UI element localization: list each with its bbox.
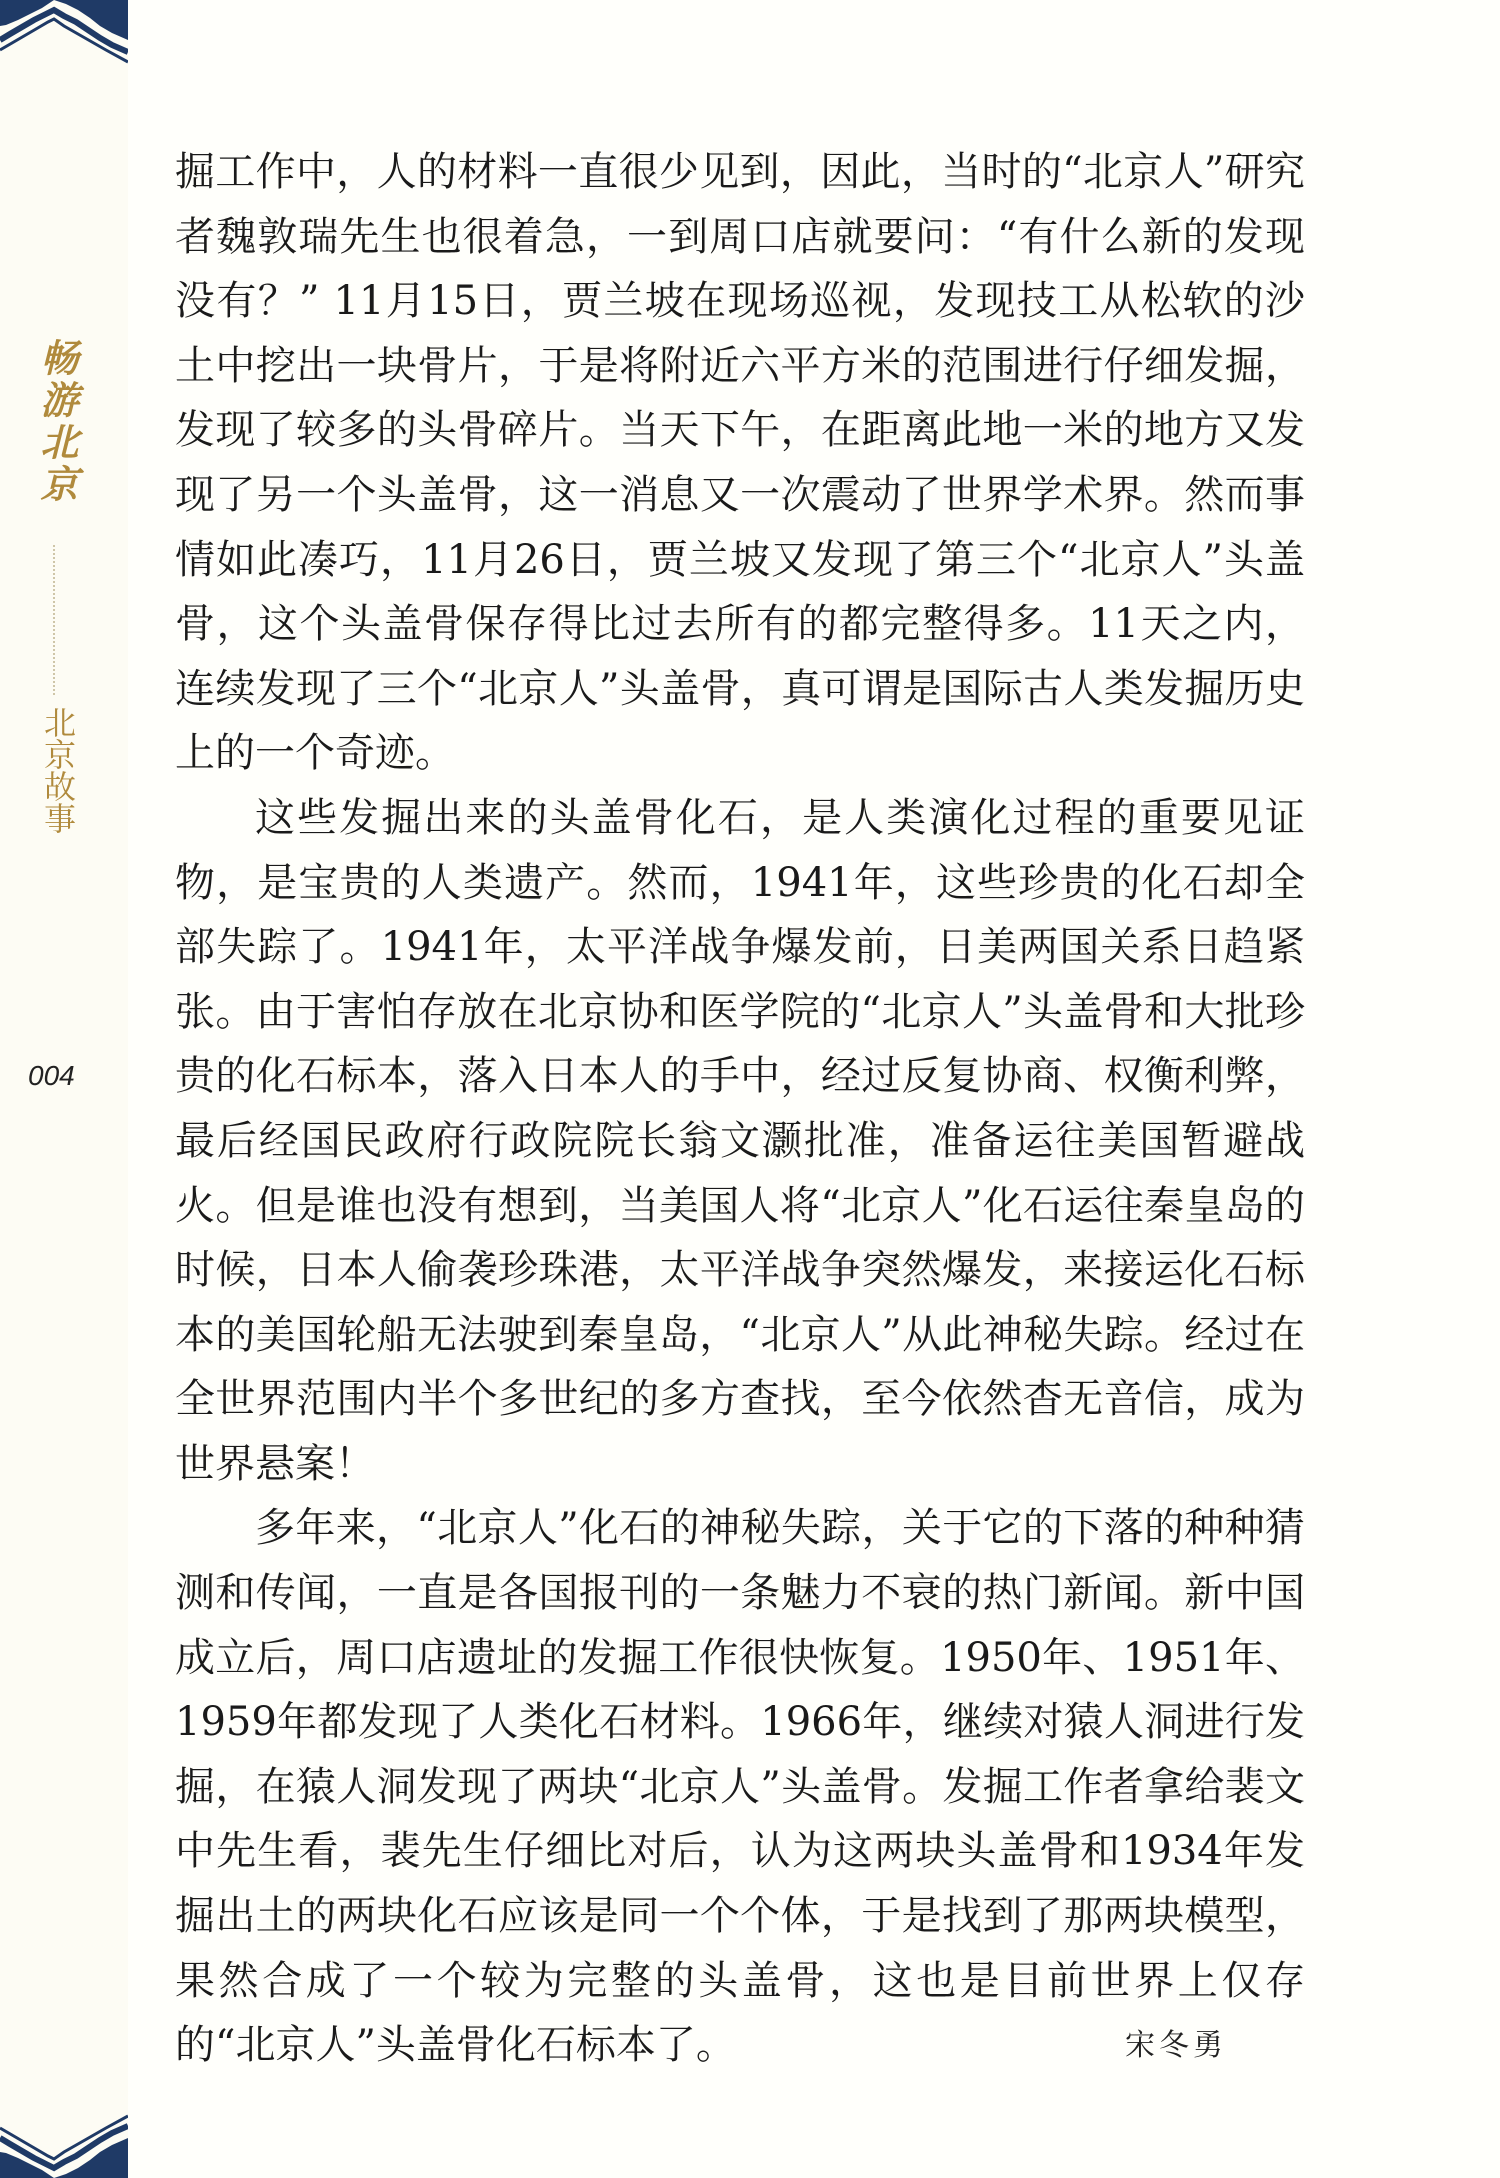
page-number: 004: [28, 1060, 75, 1092]
section-title: 北京故事: [34, 706, 78, 834]
paragraph-3: 多年来，“北京人”化石的神秘失踪，关于它的下落的种种猜测和传闻，一直是各国报刊的…: [175, 1496, 1305, 2077]
paragraph-2: 这些发掘出来的头盖骨化石，是人类演化过程的重要见证物，是宝贵的人类遗产。然而，1…: [175, 786, 1305, 1497]
bottom-wave-ornament-icon: [0, 2108, 128, 2178]
article-body: 掘工作中，人的材料一直很少见到，因此，当时的“北京人”研究者魏敦瑞先生也很着急，…: [175, 140, 1305, 2078]
dotted-divider: [53, 545, 55, 695]
author-signature: 宋冬勇: [1125, 2020, 1227, 2064]
series-title: 畅游北京: [30, 338, 80, 506]
paragraph-1: 掘工作中，人的材料一直很少见到，因此，当时的“北京人”研究者魏敦瑞先生也很着急，…: [175, 140, 1305, 786]
top-wave-ornament-icon: [0, 0, 128, 70]
